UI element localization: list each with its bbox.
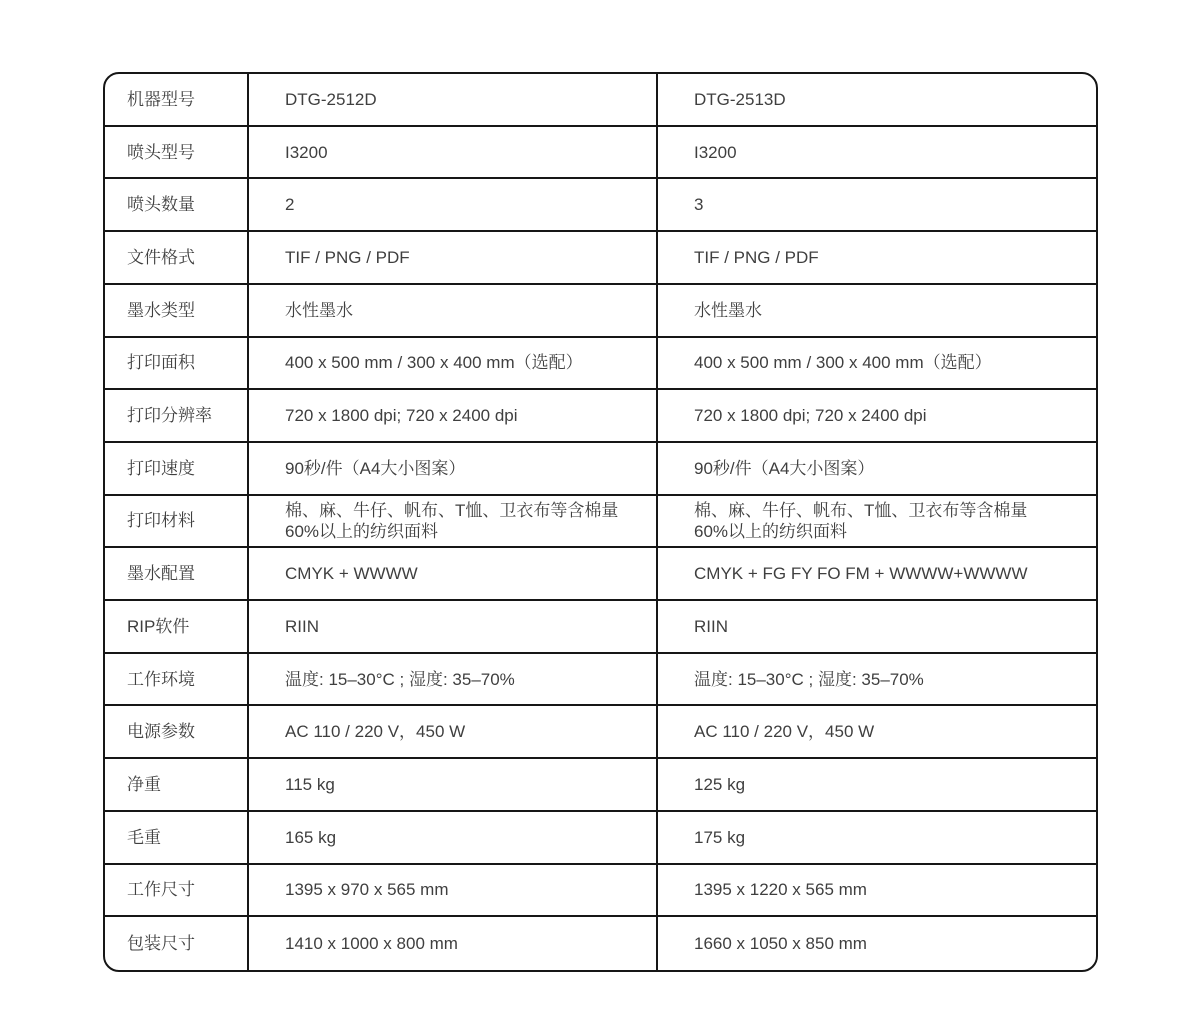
spec-value-ink-type-2512d: 水性墨水: [249, 285, 658, 338]
spec-label-print-material: 打印材料: [105, 496, 249, 549]
spec-value-print-area-2512d: 400 x 500 mm / 300 x 400 mm（选配）: [249, 338, 658, 391]
spec-label-package-dimensions: 包装尺寸: [105, 917, 249, 970]
spec-label-printhead-model: 喷头型号: [105, 127, 249, 180]
spec-value-gross-weight-2513d: 175 kg: [658, 812, 1096, 865]
spec-value-print-area-2513d: 400 x 500 mm / 300 x 400 mm（选配）: [658, 338, 1096, 391]
spec-value-rip-software-2513d: RIIN: [658, 601, 1096, 654]
spec-value-ink-config-2512d: CMYK + WWWW: [249, 548, 658, 601]
spec-value-file-format-2513d: TIF / PNG / PDF: [658, 232, 1096, 285]
spec-value-net-weight-2513d: 125 kg: [658, 759, 1096, 812]
spec-value-work-dimensions-2513d: 1395 x 1220 x 565 mm: [658, 865, 1096, 918]
spec-value-machine-model-2513d: DTG-2513D: [658, 74, 1096, 127]
spec-label-printhead-count: 喷头数量: [105, 179, 249, 232]
page: 机器型号 DTG-2512D DTG-2513D 喷头型号 I3200 I320…: [0, 0, 1200, 1015]
spec-value-print-resolution-2513d: 720 x 1800 dpi; 720 x 2400 dpi: [658, 390, 1096, 443]
spec-value-print-material-2512d: 棉、麻、牛仔、帆布、T恤、卫衣布等含棉量 60%以上的纺织面料: [249, 496, 658, 549]
spec-label-net-weight: 净重: [105, 759, 249, 812]
spec-value-ink-config-2513d: CMYK + FG FY FO FM + WWWW+WWWW: [658, 548, 1096, 601]
spec-value-printhead-count-2512d: 2: [249, 179, 658, 232]
spec-value-print-speed-2512d: 90秒/件（A4大小图案）: [249, 443, 658, 496]
spec-value-package-dimensions-2513d: 1660 x 1050 x 850 mm: [658, 917, 1096, 970]
spec-value-work-environment-2513d: 温度: 15–30°C ; 湿度: 35–70%: [658, 654, 1096, 707]
spec-value-printhead-count-2513d: 3: [658, 179, 1096, 232]
spec-value-power-params-2512d: AC 110 / 220 V，450 W: [249, 706, 658, 759]
spec-label-print-speed: 打印速度: [105, 443, 249, 496]
spec-label-ink-type: 墨水类型: [105, 285, 249, 338]
spec-value-print-resolution-2512d: 720 x 1800 dpi; 720 x 2400 dpi: [249, 390, 658, 443]
spec-value-printhead-model-2512d: I3200: [249, 127, 658, 180]
spec-value-rip-software-2512d: RIIN: [249, 601, 658, 654]
spec-value-printhead-model-2513d: I3200: [658, 127, 1096, 180]
spec-label-power-params: 电源参数: [105, 706, 249, 759]
spec-value-work-dimensions-2512d: 1395 x 970 x 565 mm: [249, 865, 658, 918]
spec-value-print-material-2513d: 棉、麻、牛仔、帆布、T恤、卫衣布等含棉量 60%以上的纺织面料: [658, 496, 1096, 549]
spec-value-power-params-2513d: AC 110 / 220 V，450 W: [658, 706, 1096, 759]
spec-label-rip-software: RIP软件: [105, 601, 249, 654]
spec-value-gross-weight-2512d: 165 kg: [249, 812, 658, 865]
spec-label-work-dimensions: 工作尺寸: [105, 865, 249, 918]
spec-label-gross-weight: 毛重: [105, 812, 249, 865]
spec-label-work-environment: 工作环境: [105, 654, 249, 707]
spec-value-ink-type-2513d: 水性墨水: [658, 285, 1096, 338]
spec-value-file-format-2512d: TIF / PNG / PDF: [249, 232, 658, 285]
spec-label-ink-config: 墨水配置: [105, 548, 249, 601]
spec-value-net-weight-2512d: 115 kg: [249, 759, 658, 812]
spec-label-print-area: 打印面积: [105, 338, 249, 391]
spec-label-file-format: 文件格式: [105, 232, 249, 285]
spec-table: 机器型号 DTG-2512D DTG-2513D 喷头型号 I3200 I320…: [103, 72, 1098, 972]
spec-label-print-resolution: 打印分辨率: [105, 390, 249, 443]
spec-value-machine-model-2512d: DTG-2512D: [249, 74, 658, 127]
spec-label-machine-model: 机器型号: [105, 74, 249, 127]
spec-value-print-speed-2513d: 90秒/件（A4大小图案）: [658, 443, 1096, 496]
spec-value-work-environment-2512d: 温度: 15–30°C ; 湿度: 35–70%: [249, 654, 658, 707]
spec-value-package-dimensions-2512d: 1410 x 1000 x 800 mm: [249, 917, 658, 970]
